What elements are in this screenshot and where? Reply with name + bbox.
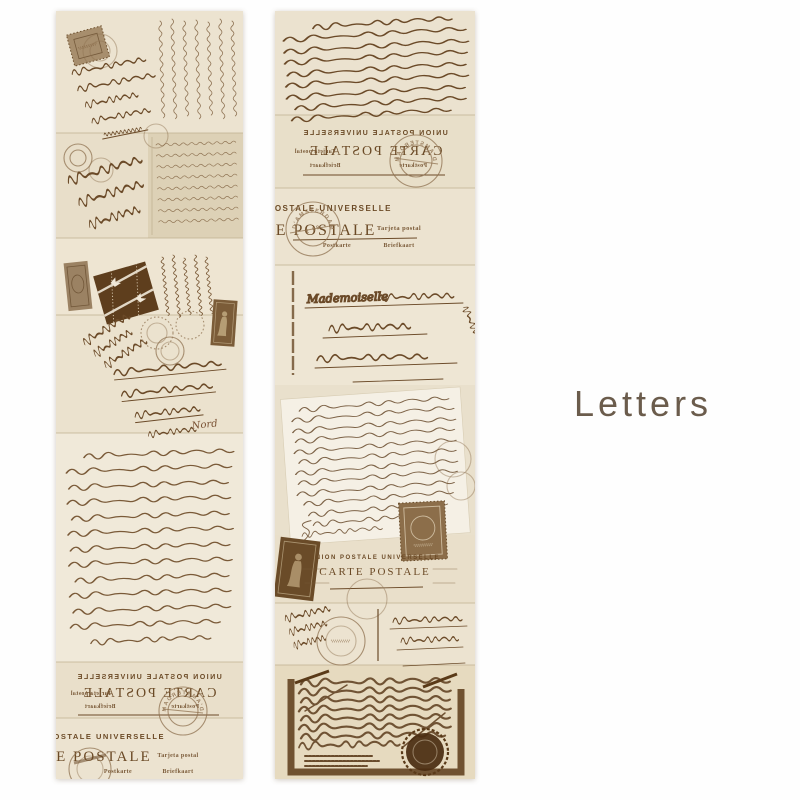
postkarte-text: Postkarte bbox=[104, 769, 132, 775]
carte-postale-text: CARTE POSTALE bbox=[319, 566, 431, 578]
briefkaart-text: Briefkaart bbox=[384, 243, 415, 249]
sower-stamp-icon bbox=[210, 299, 237, 347]
briefkaart-text: Briefkaart bbox=[85, 704, 116, 710]
briefkaart-text: Briefkaart bbox=[310, 163, 341, 169]
union-postale-text: UNION POSTALE UNIVERSELLE bbox=[302, 130, 448, 137]
postale-universelle-text: POSTALE UNIVERSELLE bbox=[56, 732, 165, 741]
page-title: Letters bbox=[574, 383, 712, 425]
handwritten-mademoiselle-text: Mademoiselle bbox=[306, 289, 389, 306]
tape-right-art: UNION POSTALE UNIVERSELLE CARTE POSTALE … bbox=[275, 11, 475, 779]
postkarte-text: Postkarte bbox=[171, 704, 199, 710]
tarjeta-postal-text: Tarjeta postal bbox=[377, 225, 421, 232]
washi-tape-strip-right: UNION POSTALE UNIVERSELLE CARTE POSTALE … bbox=[275, 11, 475, 779]
tarjeta-postal-text: Tarjeta postal bbox=[70, 691, 111, 697]
briefkaart-text: Briefkaart bbox=[163, 769, 194, 775]
blanc-stamp-icon bbox=[399, 501, 448, 561]
tarjeta-postal-text: Tarjeta postal bbox=[294, 149, 335, 155]
union-postale-text: UNION POSTALE UNIVERSELLE bbox=[310, 555, 440, 561]
postkarte-text: Postkarte bbox=[323, 243, 351, 249]
tarjeta-postal-text: Tarjeta postal bbox=[157, 753, 198, 759]
product-image: Nord UNION POSTALE UNIVERSELLE bbox=[0, 0, 800, 800]
washi-tape-strip-left: Nord UNION POSTALE UNIVERSELLE bbox=[56, 11, 243, 779]
tape-left-art: Nord UNION POSTALE UNIVERSELLE bbox=[56, 11, 243, 779]
carte-postale-text: CARTE POSTALE bbox=[275, 222, 376, 239]
small-stamp-icon bbox=[64, 261, 93, 311]
postkarte-text: Postkarte bbox=[399, 163, 427, 169]
union-postale-text: UNION POSTALE UNIVERSELLE bbox=[76, 674, 222, 681]
